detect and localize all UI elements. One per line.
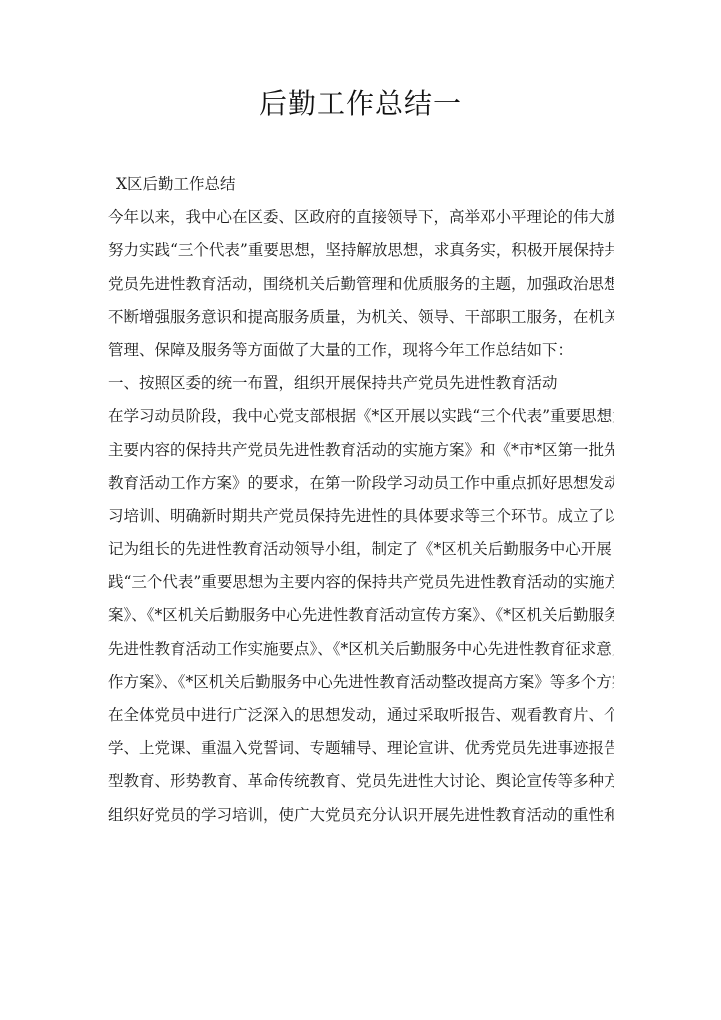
paragraph-line: 案》、《*区机关后勤服务中心先进性教育活动宣传方案》、《*区机关后勤服务中心: [108, 599, 614, 632]
paragraph-line: 教育活动工作方案》的要求，在第一阶段学习动员工作中重点抓好思想发动、学: [108, 467, 614, 500]
paragraph-line: 践“三个代表”重要思想为主要内容的保持共产党员先进性教育活动的实施方: [108, 566, 614, 599]
document-page: 后勤工作总结一 X区后勤工作总结 今年以来，我中心在区委、区政府的直接领导下，高…: [0, 0, 721, 1020]
paragraph-line: 习培训、明确新时期共产党员保持先进性的具体要求等三个环节。成立了以*书: [108, 500, 614, 533]
paragraph-line: 先进性教育活动工作实施要点》、《*区机关后勤服务中心先进性教育征求意见工: [108, 633, 614, 666]
paragraph-line: 不断增强服务意识和提高服务质量，为机关、领导、干部职工服务，在机关后勤: [108, 301, 614, 334]
document-title: 后勤工作总结一: [0, 84, 721, 124]
paragraph-line: 党员先进性教育活动，围绕机关后勤管理和优质服务的主题，加强政治思想工作，: [108, 268, 614, 301]
paragraph-line: 今年以来，我中心在区委、区政府的直接领导下，高举邓小平理论的伟大旗帜，: [108, 201, 614, 234]
paragraph-line: 学、上党课、重温入党誓词、专题辅导、理论宣讲、优秀党员先进事迹报告、典: [108, 732, 614, 765]
section-subtitle: X区后勤工作总结: [108, 168, 614, 201]
section-heading: 一、按照区委的统一布置，组织开展保持共产党员先进性教育活动: [108, 367, 614, 400]
paragraph-line: 在全体党员中进行广泛深入的思想发动，通过采取听报告、观看教育片、个人自: [108, 699, 614, 732]
paragraph-line: 记为组长的先进性教育活动领导小组，制定了《*区机关后勤服务中心开展以实: [108, 533, 614, 566]
paragraph-line: 在学习动员阶段，我中心党支部根据《*区开展以实践“三个代表”重要思想为: [108, 400, 614, 433]
paragraph-line: 努力实践“三个代表”重要思想，坚持解放思想，求真务实，积极开展保持共产: [108, 234, 614, 267]
paragraph-line: 管理、保障及服务等方面做了大量的工作，现将今年工作总结如下：: [108, 334, 614, 367]
document-body: X区后勤工作总结 今年以来，我中心在区委、区政府的直接领导下，高举邓小平理论的伟…: [108, 168, 614, 832]
paragraph-line: 作方案》、《*区机关后勤服务中心先进性教育活动整改提高方案》等多个方案。: [108, 666, 614, 699]
paragraph-line: 组织好党员的学习培训，使广大党员充分认识开展先进性教育活动的重性和必要: [108, 799, 614, 832]
paragraph-line: 型教育、形势教育、革命传统教育、党员先进性大讨论、舆论宣传等多种方式，: [108, 765, 614, 798]
paragraph-line: 主要内容的保持共产党员先进性教育活动的实施方案》和《*市*区第一批先进性: [108, 434, 614, 467]
